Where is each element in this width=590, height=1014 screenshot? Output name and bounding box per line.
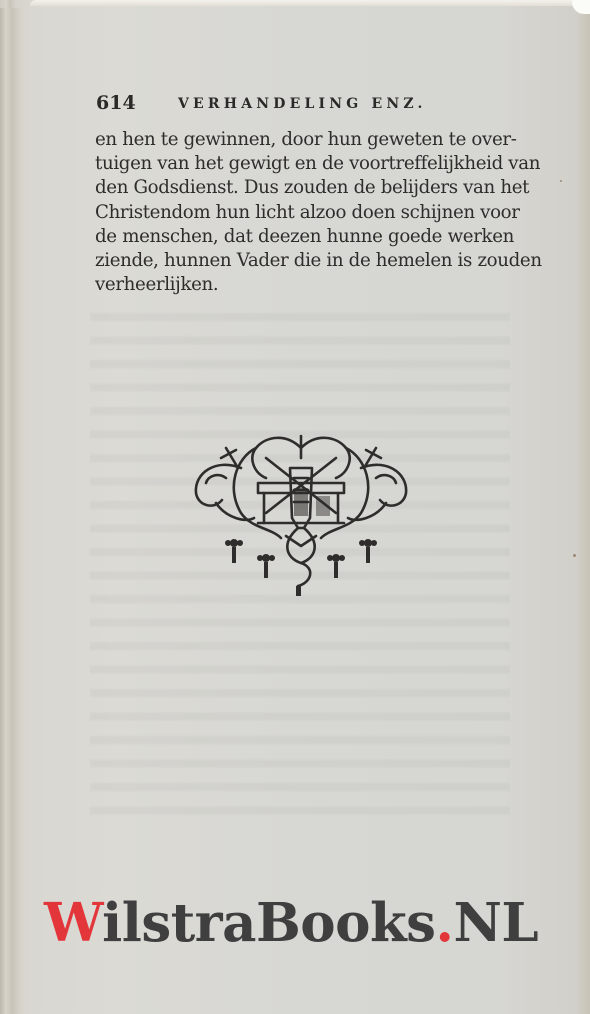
watermark-logo: WilstraBooks.NL bbox=[44, 892, 538, 954]
watermark-tld: NL bbox=[453, 892, 538, 954]
text-line: de menschen, dat deezen hunne goede werk… bbox=[95, 225, 514, 249]
body-paragraph: en hen te gewinnen, door hun geweten te … bbox=[95, 128, 514, 297]
scanned-book-page: 614 VERHANDELING ENZ. en hen te gewinnen… bbox=[0, 0, 590, 1014]
page-number: 614 bbox=[96, 92, 136, 114]
page-header: 614 VERHANDELING ENZ. bbox=[96, 92, 516, 122]
page-corner bbox=[572, 0, 590, 14]
text-line: en hen te gewinnen, door hun geweten te … bbox=[95, 128, 514, 152]
page-top-edge bbox=[30, 0, 590, 6]
watermark-name: ilstraBooks bbox=[102, 892, 435, 954]
watermark-dot: . bbox=[436, 892, 454, 954]
text-line: den Godsdienst. Dus zouden de belijders … bbox=[95, 176, 514, 200]
ornament-vignette-icon bbox=[186, 428, 416, 598]
text-line: Christendom hun licht alzoo doen schijne… bbox=[95, 201, 514, 225]
paper-speck bbox=[573, 554, 576, 557]
running-head: VERHANDELING ENZ. bbox=[178, 96, 427, 112]
watermark-initial: W bbox=[44, 892, 102, 954]
paper-speck bbox=[560, 180, 562, 182]
text-line: ziende, hunnen Vader die in de hemelen i… bbox=[95, 249, 514, 273]
text-line: verheerlijken. bbox=[95, 273, 514, 297]
text-line: tuigen van het gewigt en de voortreffeli… bbox=[95, 152, 514, 176]
book-spine-edge bbox=[0, 8, 24, 1014]
